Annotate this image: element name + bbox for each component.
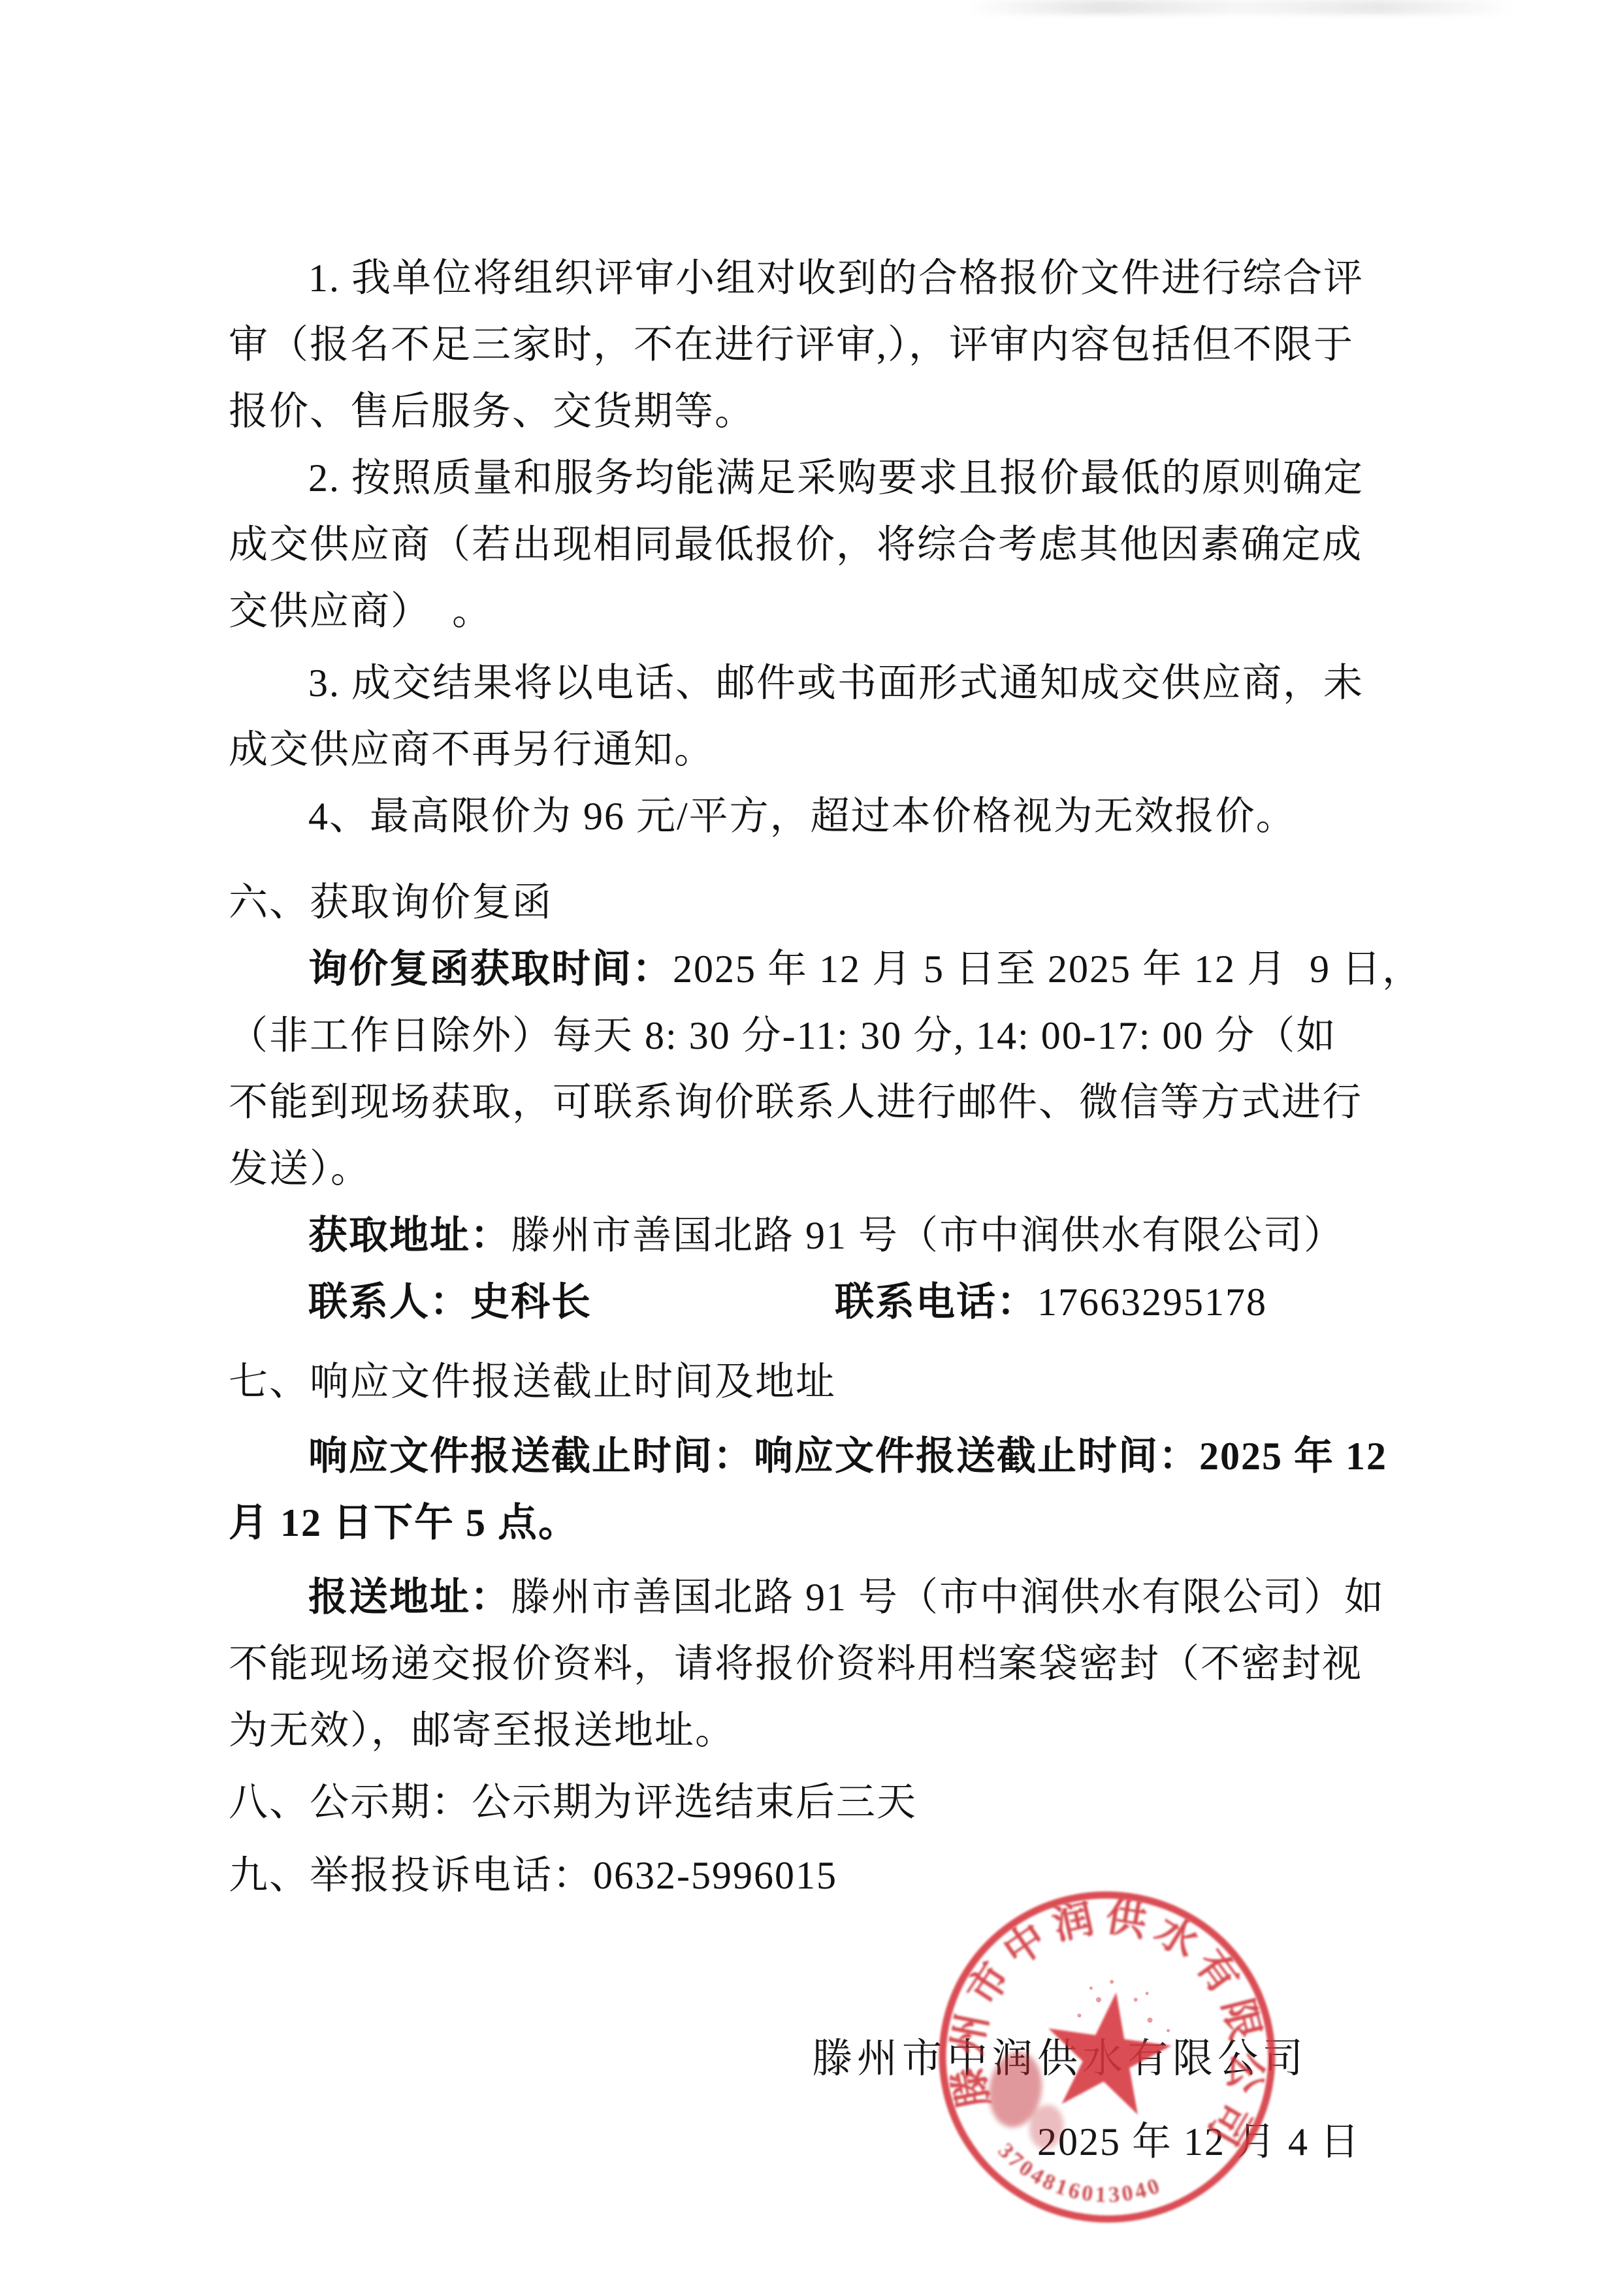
doc-line-run: 成交供应商（若出现相同最低报价，将综合考虑其他因素确定成 — [229, 523, 1362, 566]
doc-line: 为无效），邮寄至报送地址。 — [229, 1708, 1404, 1753]
doc-line: 获取地址：滕州市善国北路 91 号（市中润供水有限公司） — [229, 1213, 1484, 1258]
document-page: 1. 我单位将组织评审小组对收到的合格报价文件进行综合评审（报名不足三家时，不在… — [0, 0, 1612, 2296]
doc-line-run: 七、响应文件报送截止时间及地址 — [229, 1360, 836, 1403]
doc-line-run: 17663295178 — [1037, 1281, 1267, 1324]
doc-line-run: 审（报名不足三家时，不在进行评审,），评审内容包括但不限于 — [229, 323, 1354, 366]
doc-line-run: 不能到现场获取，可联系询价联系人进行邮件、微信等方式进行 — [229, 1081, 1362, 1124]
doc-line-run: 2. 按照质量和服务均能满足采购要求且报价最低的原则确定 — [308, 456, 1364, 500]
doc-line-run: 报送地址： — [308, 1576, 511, 1619]
doc-line: 联系人：史科长 联系电话：17663295178 — [229, 1280, 1484, 1324]
doc-line: 不能到现场获取，可联系询价联系人进行邮件、微信等方式进行 — [229, 1080, 1404, 1124]
doc-line: 响应文件报送截止时间：响应文件报送截止时间：2025 年 12 — [229, 1434, 1484, 1478]
section-heading: 七、响应文件报送截止时间及地址 — [229, 1360, 1404, 1404]
section-heading: 八、公示期：公示期为评选结束后三天 — [229, 1780, 1404, 1825]
doc-line-run: 成交供应商不再另行通知。 — [229, 728, 715, 771]
doc-line: 报送地址：滕州市善国北路 91 号（市中润供水有限公司）如 — [229, 1575, 1484, 1619]
doc-line-run: 联系人：史科长 — [308, 1281, 592, 1324]
scan-artifact — [967, 0, 1515, 14]
doc-line-run: 询价复函获取时间： — [308, 948, 673, 991]
doc-line-run: 不能现场递交报价资料，请将报价资料用档案袋密封（不密封视 — [229, 1642, 1362, 1685]
doc-line: 3. 成交结果将以电话、邮件或书面形式通知成交供应商，未 — [229, 661, 1484, 705]
doc-line-run: 滕州市善国北路 91 号（市中润供水有限公司）如 — [511, 1576, 1385, 1619]
doc-line: 发送）。 — [229, 1147, 1404, 1191]
doc-line-run: 滕州市善国北路 91 号（市中润供水有限公司） — [511, 1214, 1344, 1257]
doc-line-run: （非工作日除外）每天 8: 30 分-11: 30 分, 14: 00-17: … — [229, 1014, 1336, 1057]
doc-line: 月 12 日下午 5 点。 — [229, 1501, 1404, 1545]
doc-line: 不能现场递交报价资料，请将报价资料用档案袋密封（不密封视 — [229, 1642, 1404, 1686]
seal-number: 3704816013040 — [988, 2137, 1170, 2216]
doc-line-run: 为无效），邮寄至报送地址。 — [229, 1709, 735, 1752]
doc-line-run: 3. 成交结果将以电话、邮件或书面形式通知成交供应商，未 — [308, 662, 1364, 705]
doc-line: 2. 按照质量和服务均能满足采购要求且报价最低的原则确定 — [229, 456, 1484, 500]
doc-line: 询价复函获取时间：2025 年 12 月 5 日至 2025 年 12 月 9 … — [229, 947, 1484, 991]
doc-line-run: 交供应商） 。 — [229, 590, 492, 633]
company-seal: 滕州市中润供水有限公司 3704816013040 — [934, 1885, 1280, 2229]
doc-line-run: 获取地址： — [308, 1214, 511, 1257]
doc-line-run — [592, 1281, 835, 1324]
seal-group: 滕州市中润供水有限公司 3704816013040 — [934, 1885, 1280, 2229]
doc-line-run: 2025 年 12 月 5 日至 2025 年 12 月 9 日， — [673, 948, 1423, 991]
doc-line-run: 八、公示期：公示期为评选结束后三天 — [229, 1781, 917, 1824]
doc-line-run: 1. 我单位将组织评审小组对收到的合格报价文件进行综合评 — [308, 257, 1364, 300]
doc-line: 审（报名不足三家时，不在进行评审,），评审内容包括但不限于 — [229, 323, 1404, 367]
doc-line: 1. 我单位将组织评审小组对收到的合格报价文件进行综合评 — [229, 256, 1484, 300]
section-heading: 六、获取询价复函 — [229, 880, 1404, 925]
doc-line: （非工作日除外）每天 8: 30 分-11: 30 分, 14: 00-17: … — [229, 1013, 1404, 1058]
doc-line-run: 发送）。 — [229, 1147, 371, 1190]
doc-line-run: 联系电话： — [835, 1281, 1037, 1324]
doc-line-run: 4、最高限价为 96 元/平方，超过本价格视为无效报价。 — [308, 795, 1297, 838]
doc-line: 报价、售后服务、交货期等。 — [229, 389, 1404, 434]
doc-line: 交供应商） 。 — [229, 589, 1404, 633]
doc-line: 成交供应商不再另行通知。 — [229, 727, 1404, 772]
doc-line-run: 报价、售后服务、交货期等。 — [229, 390, 755, 433]
doc-line-run: 六、获取询价复函 — [229, 881, 553, 924]
doc-line: 成交供应商（若出现相同最低报价，将综合考虑其他因素确定成 — [229, 522, 1404, 567]
svg-text:3704816013040: 3704816013040 — [988, 2137, 1170, 2216]
doc-line-run: 月 12 日下午 5 点。 — [229, 1501, 579, 1544]
doc-line-run: 响应文件报送截止时间：响应文件报送截止时间：2025 年 12 — [308, 1435, 1387, 1478]
doc-line-run: 九、举报投诉电话：0632-5996015 — [229, 1854, 837, 1897]
doc-line: 4、最高限价为 96 元/平方，超过本价格视为无效报价。 — [229, 794, 1484, 838]
